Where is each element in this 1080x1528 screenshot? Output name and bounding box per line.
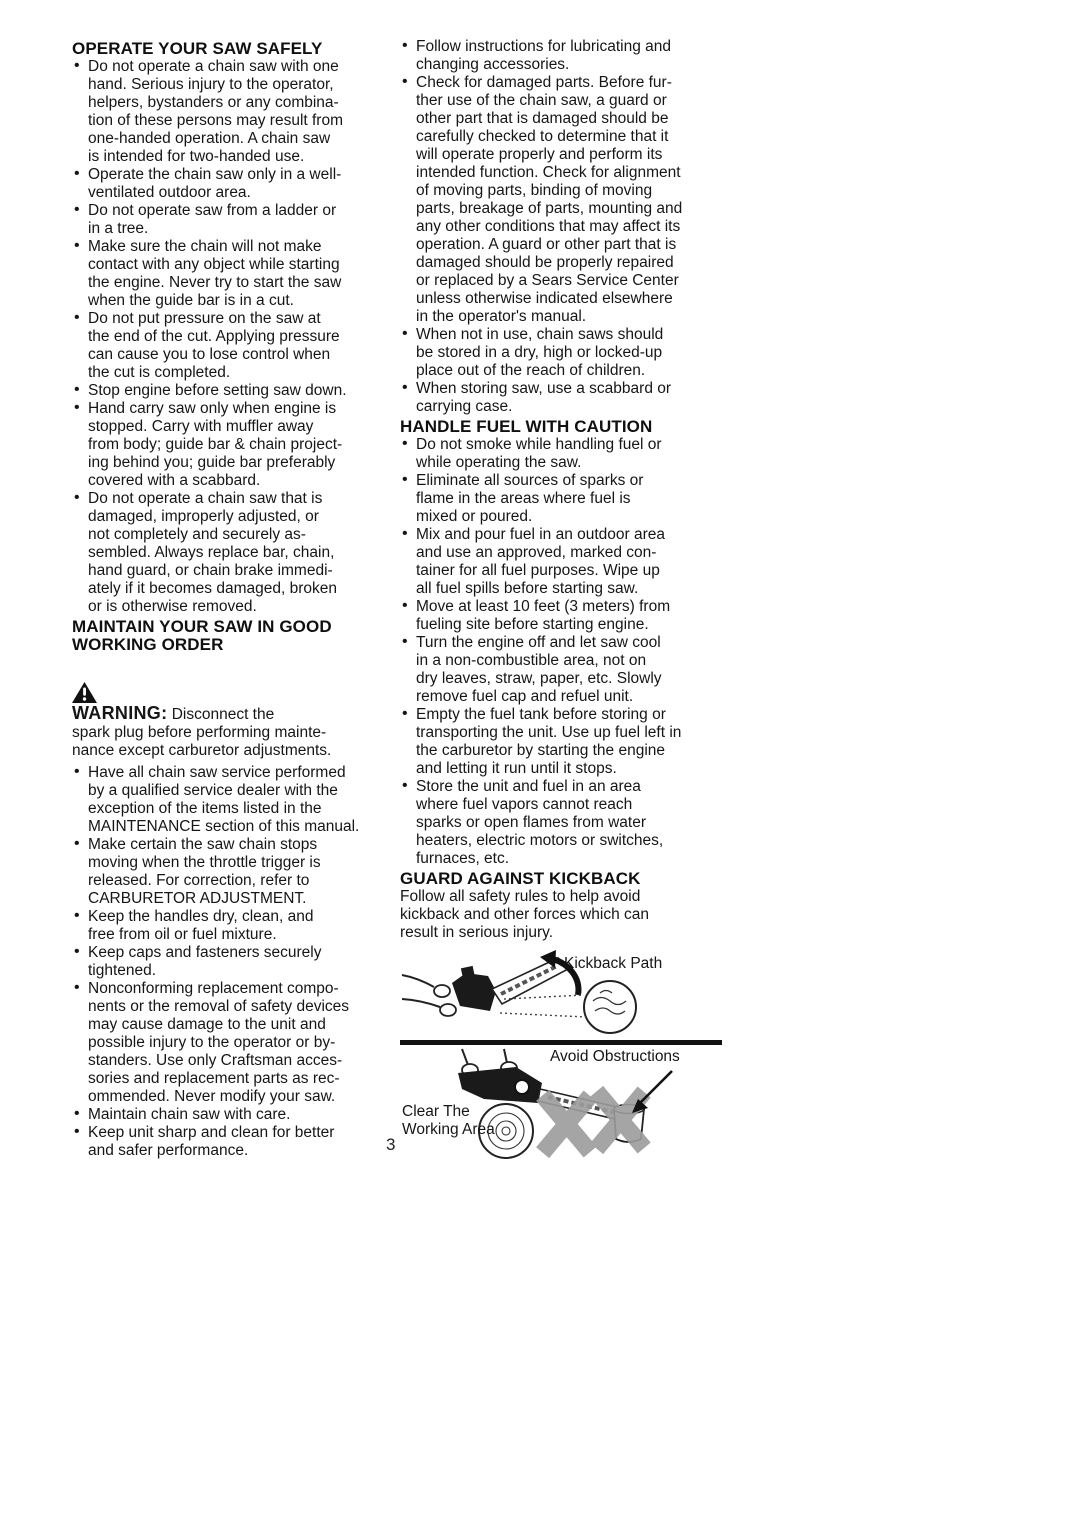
bullet-item: Have all chain saw service performed by … xyxy=(72,764,390,836)
bullet-item: Make certain the saw chain stops moving … xyxy=(72,836,390,908)
warning-note: WARNING: Disconnect the spark plug befor… xyxy=(72,664,390,760)
bullet-item: Store the unit and fuel in an area where… xyxy=(400,778,722,868)
clear-working-area-figure: Avoid Obstructions Clear The Working Are… xyxy=(400,1047,722,1163)
bullet-item: Follow instructions for lubricating and … xyxy=(400,38,722,74)
page-number: 3 xyxy=(386,1136,395,1154)
bullet-item: Keep the handles dry, clean, and free fr… xyxy=(72,908,390,944)
kickback-illustration xyxy=(400,949,722,1035)
section-heading: MAINTAIN YOUR SAW IN GOOD WORKING ORDER xyxy=(72,618,390,654)
section-heading: GUARD AGAINST KICKBACK xyxy=(400,870,722,888)
kickback-figure: Kickback Path xyxy=(400,949,722,1035)
bullet-item: Hand carry saw only when engine is stopp… xyxy=(72,400,390,490)
bullet-item: Do not smoke while handling fuel or whil… xyxy=(400,436,722,472)
bullet-list: Do not smoke while handling fuel or whil… xyxy=(400,436,722,868)
bullet-item: Eliminate all sources of sparks or flame… xyxy=(400,472,722,526)
right-column-text: Follow instructions for lubricating and … xyxy=(400,38,722,942)
bullet-list: Have all chain saw service performed by … xyxy=(72,764,390,1160)
bullet-item: Nonconforming replacement compo- nents o… xyxy=(72,980,390,1106)
avoid-obstructions-label: Avoid Obstructions xyxy=(550,1048,680,1066)
bullet-item: Keep caps and fasteners securely tighten… xyxy=(72,944,390,980)
paragraph: Follow all safety rules to help avoid ki… xyxy=(400,888,722,942)
section-heading: OPERATE YOUR SAW SAFELY xyxy=(72,40,390,58)
bullet-item: Make sure the chain will not make contac… xyxy=(72,238,390,310)
warning-label: WARNING: xyxy=(72,703,167,723)
bullet-item: Maintain chain saw with care. xyxy=(72,1106,390,1124)
manual-page-content: OPERATE YOUR SAW SAFELYDo not operate a … xyxy=(72,38,722,1163)
clear-working-area-label: Clear The Working Area xyxy=(402,1103,495,1139)
bullet-item: Mix and pour fuel in an outdoor area and… xyxy=(400,526,722,598)
bullet-item: Operate the chain saw only in a well- ve… xyxy=(72,166,390,202)
bullet-item: Move at least 10 feet (3 meters) from fu… xyxy=(400,598,722,634)
bullet-item: Do not put pressure on the saw at the en… xyxy=(72,310,390,382)
bullet-item: Check for damaged parts. Before fur- the… xyxy=(400,74,722,326)
right-column: Follow instructions for lubricating and … xyxy=(400,38,722,1163)
bullet-item: Turn the engine off and let saw cool in … xyxy=(400,634,722,706)
bullet-item: When not in use, chain saws should be st… xyxy=(400,326,722,380)
bullet-item: Keep unit sharp and clean for better and… xyxy=(72,1124,390,1160)
bullet-item: Empty the fuel tank before storing or tr… xyxy=(400,706,722,778)
warning-triangle-icon xyxy=(72,682,97,703)
bullet-list: Do not operate a chain saw with one hand… xyxy=(72,58,390,616)
bullet-item: Do not operate a chain saw that is damag… xyxy=(72,490,390,616)
bullet-item: Stop engine before setting saw down. xyxy=(72,382,390,400)
bullet-item: Do not operate a chain saw with one hand… xyxy=(72,58,390,166)
bullet-item: Do not operate saw from a ladder or in a… xyxy=(72,202,390,238)
bullet-list: Follow instructions for lubricating and … xyxy=(400,38,722,416)
bullet-item: When storing saw, use a scabbard or carr… xyxy=(400,380,722,416)
kickback-path-label: Kickback Path xyxy=(564,955,662,973)
section-heading: HANDLE FUEL WITH CAUTION xyxy=(400,418,722,436)
figure-divider xyxy=(400,1040,722,1045)
left-column: OPERATE YOUR SAW SAFELYDo not operate a … xyxy=(72,38,390,1163)
